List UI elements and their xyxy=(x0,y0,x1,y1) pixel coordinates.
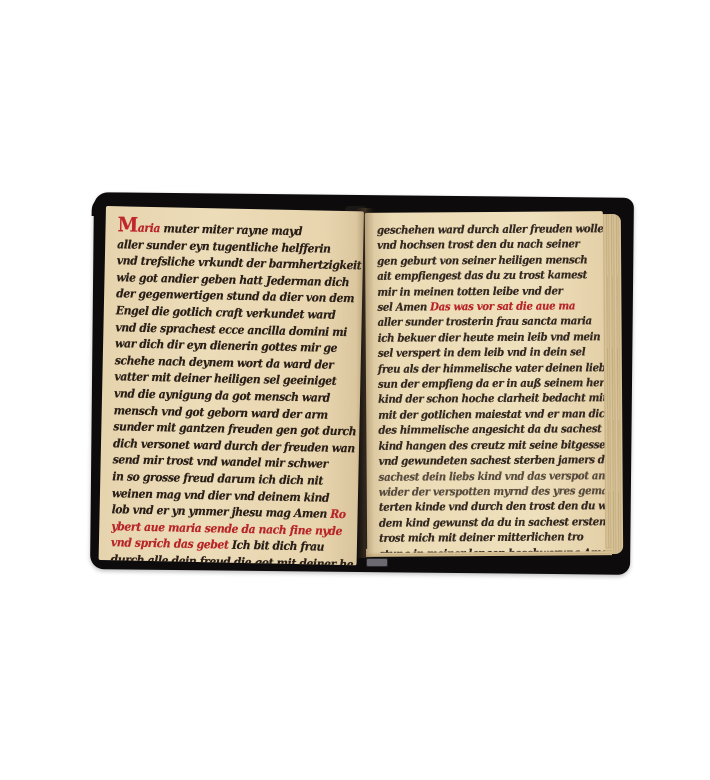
right-page-text: geschehen ward durch aller freuden wolle… xyxy=(377,221,595,553)
text-line: trost mich mit deiner mitterlichen tro xyxy=(379,529,580,546)
text-line: sel Amen Das was vor sat die aue ma xyxy=(377,298,578,315)
text-line: kind der schon hoche clarheit bedacht mi… xyxy=(378,391,579,408)
text-line: sachest dein liebs kind vnd das verspot … xyxy=(379,468,580,485)
book-gutter xyxy=(356,208,374,558)
left-page-text: Maria muter miter rayne mayd aller sunde… xyxy=(110,216,354,565)
rubric-text: vnd sprich das gebet xyxy=(111,535,229,551)
text-line: vnd gewundeten sachest sterben jamers da… xyxy=(378,452,579,469)
rubric-text: Ro xyxy=(327,507,346,521)
text-line: mit der gotlichen maiestat vnd er man di… xyxy=(378,406,579,423)
rubric-text: Das was vor sat die aue ma xyxy=(427,299,575,313)
text-line: gen geburt von seiner heiligen mensch xyxy=(377,252,578,269)
text-line: geschehen ward durch aller freuden wolle… xyxy=(377,221,578,238)
text-line: wider der verspotten myrnd des yres gema… xyxy=(379,483,580,500)
text-line: sun der empfieng da er in auß seinem her… xyxy=(378,375,579,392)
text-line: des himmelische angesicht da du sachest … xyxy=(378,422,579,439)
text-line: dem kind gewunst da du in sachest ersten… xyxy=(379,514,580,531)
text-line: ich bekuer dier heute mein leib vnd mein xyxy=(378,329,579,346)
book-clasp xyxy=(366,558,388,567)
decorated-initial: M xyxy=(117,212,138,236)
manuscript-photo: Maria muter miter rayne mayd aller sunde… xyxy=(0,0,710,780)
right-page: geschehen ward durch aller freuden wolle… xyxy=(365,211,605,553)
text-line: aller sunder trosterin frau sancta maria xyxy=(378,314,579,331)
text-line: freu als der himmelische vater deinen li… xyxy=(378,360,579,377)
text-line: terten kinde vnd durch den trost den du … xyxy=(379,499,580,516)
text-line: sel verspert in dem leib vnd in dein sel xyxy=(378,345,579,362)
text-line: kind hangen des creutz mit seine bitgess… xyxy=(378,437,579,454)
text-line: vnd hochsen trost den du nach seiner xyxy=(377,237,578,254)
text-line: ait empfiengest das du zu trost kamest xyxy=(377,268,578,285)
text-line: mir in meinen totten leibe vnd der xyxy=(377,283,578,300)
left-page: Maria muter miter rayne mayd aller sunde… xyxy=(99,206,364,565)
